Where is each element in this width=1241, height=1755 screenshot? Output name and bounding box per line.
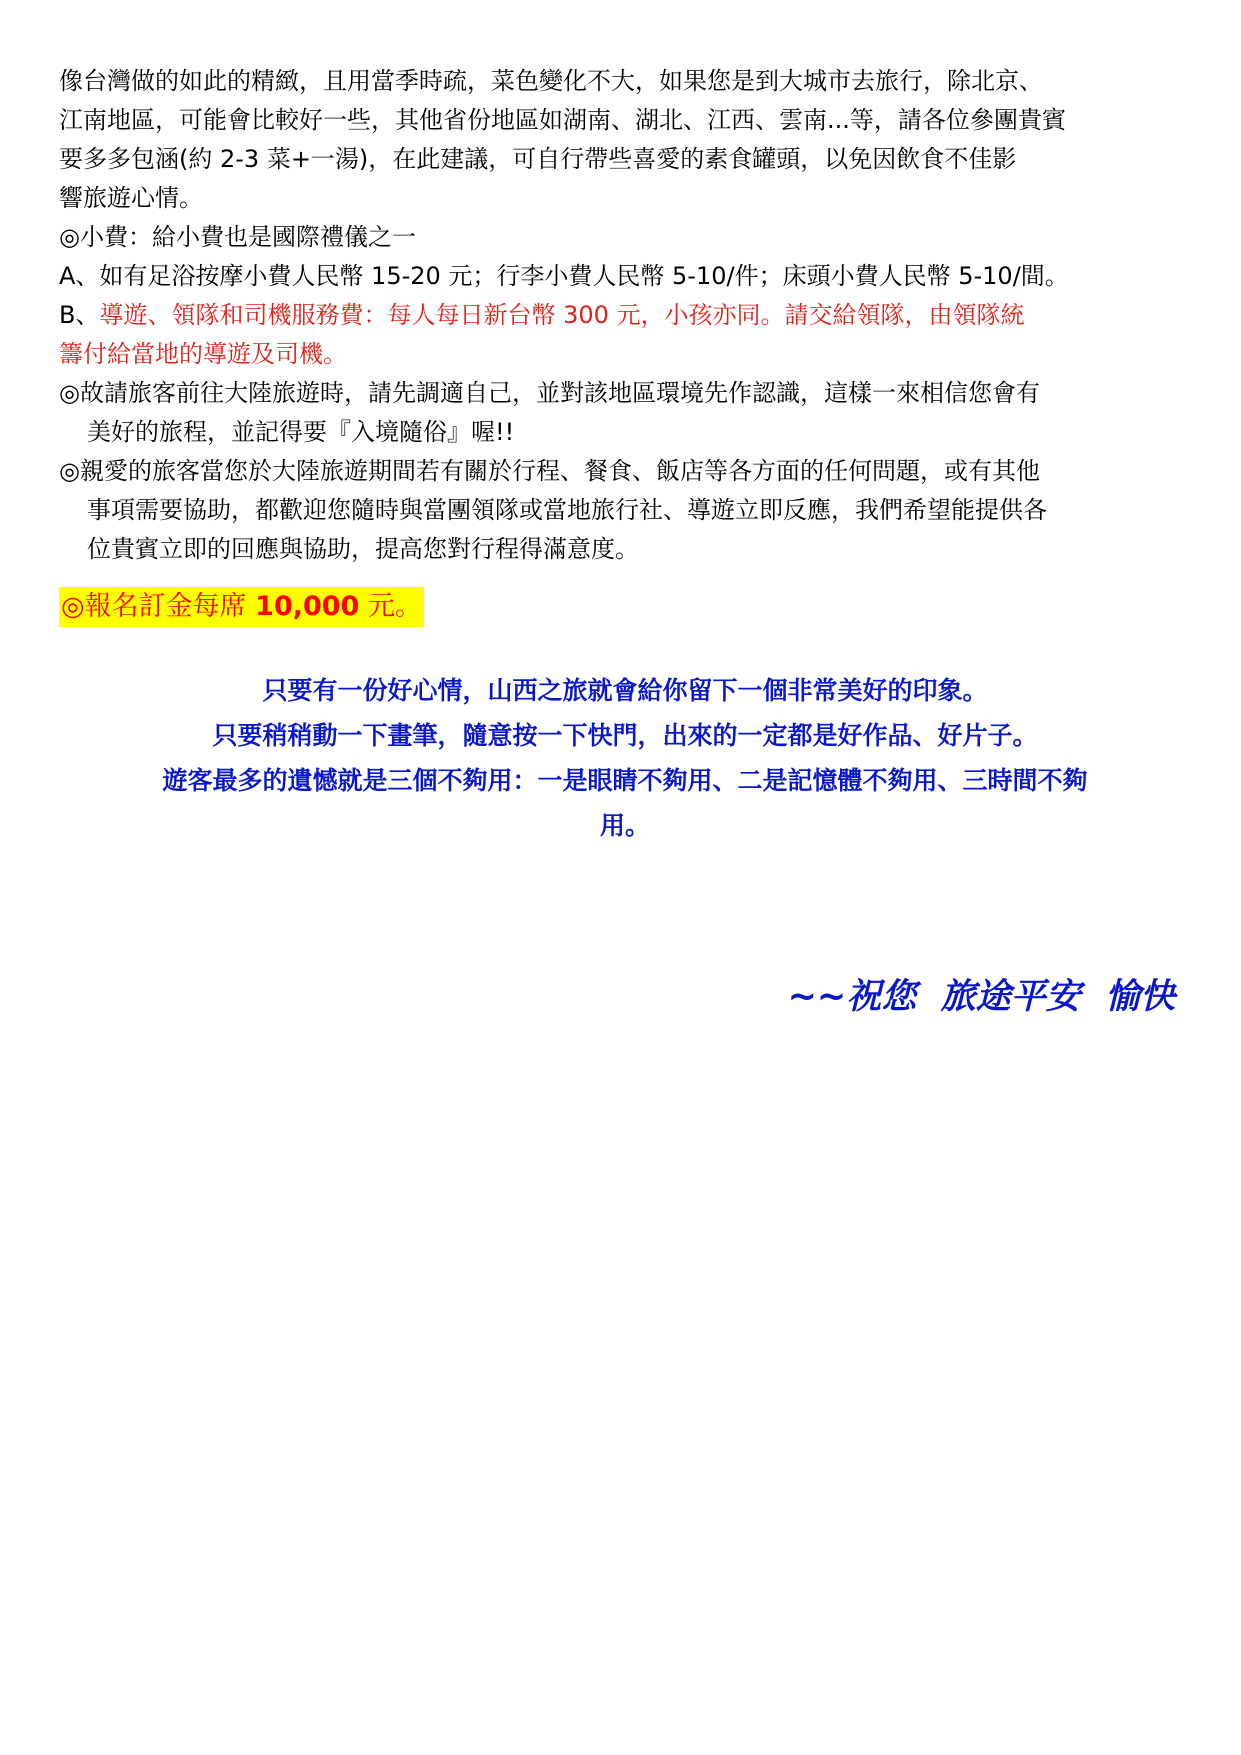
tip-item-b-continuation: 籌付給當地的導遊及司機。 <box>59 335 1189 374</box>
blessing-line-2: 只要稍稍動一下畫筆，隨意按一下快門，出來的一定都是好作品、好片子。 <box>60 713 1190 758</box>
help-note-line-3: 位貴賓立即的回應與協助，提高您對行程得滿意度。 <box>59 530 1189 569</box>
meal-note-line-2: 江南地區，可能會比較好一些，其他省份地區如湖南、湖北、江西、雲南...等，請各位… <box>59 101 1189 140</box>
tip-item-b-service-fee: 導遊、領隊和司機服務費：每人每日新台幣 300 元，小孩亦同。請交給領隊，由領隊… <box>99 301 1024 329</box>
deposit-notice: ◎報名訂金每席 10,000 元。 <box>59 587 1189 631</box>
adapt-note-line-1: ◎故請旅客前往大陸旅遊時，請先調適自己，並對該地區環境先作認識，這樣一來相信您會… <box>59 374 1189 413</box>
tips-heading: ◎小費：給小費也是國際禮儀之一 <box>59 218 1189 257</box>
tip-item-b-prefix: B、 <box>59 301 99 329</box>
deposit-suffix: 元。 <box>359 591 422 622</box>
meal-note-line-4: 響旅遊心情。 <box>59 179 1189 218</box>
blessing-line-4: 用。 <box>60 803 1190 848</box>
adapt-note-line-2: 美好的旅程，並記得要『入境隨俗』喔!! <box>59 413 1189 452</box>
help-note-line-2: 事項需要協助，都歡迎您隨時與當團領隊或當地旅行社、導遊立即反應，我們希望能提供各 <box>59 491 1189 530</box>
tip-item-a: A、如有足浴按摩小費人民幣 15-20 元；行李小費人民幣 5-10/件；床頭小… <box>59 257 1189 296</box>
deposit-amount: 10,000 <box>255 591 359 622</box>
document-body: 像台灣做的如此的精緻，且用當季時疏，菜色變化不大，如果您是到大城市去旅行，除北京… <box>59 62 1189 631</box>
meal-note-line-1: 像台灣做的如此的精緻，且用當季時疏，菜色變化不大，如果您是到大城市去旅行，除北京… <box>59 62 1189 101</box>
deposit-prefix: ◎報名訂金每席 <box>61 591 255 622</box>
farewell-greeting: ~~祝您 旅途平安 愉快 <box>788 972 1175 1022</box>
meal-note-line-3: 要多多包涵(約 2-3 菜+一湯)，在此建議，可自行帶些喜愛的素食罐頭，以免因飲… <box>59 140 1189 179</box>
help-note-line-1: ◎親愛的旅客當您於大陸旅遊期間若有關於行程、餐食、飯店等各方面的任何問題，或有其… <box>59 452 1189 491</box>
deposit-highlight: ◎報名訂金每席 10,000 元。 <box>59 587 424 627</box>
blessing-line-3: 遊客最多的遺憾就是三個不夠用：一是眼睛不夠用、二是記憶體不夠用、三時間不夠 <box>60 758 1190 803</box>
blessing-line-1: 只要有一份好心情，山西之旅就會給你留下一個非常美好的印象。 <box>60 668 1190 713</box>
tip-item-b: B、導遊、領隊和司機服務費：每人每日新台幣 300 元，小孩亦同。請交給領隊，由… <box>59 296 1189 335</box>
blessing-block: 只要有一份好心情，山西之旅就會給你留下一個非常美好的印象。 只要稍稍動一下畫筆，… <box>60 668 1190 848</box>
